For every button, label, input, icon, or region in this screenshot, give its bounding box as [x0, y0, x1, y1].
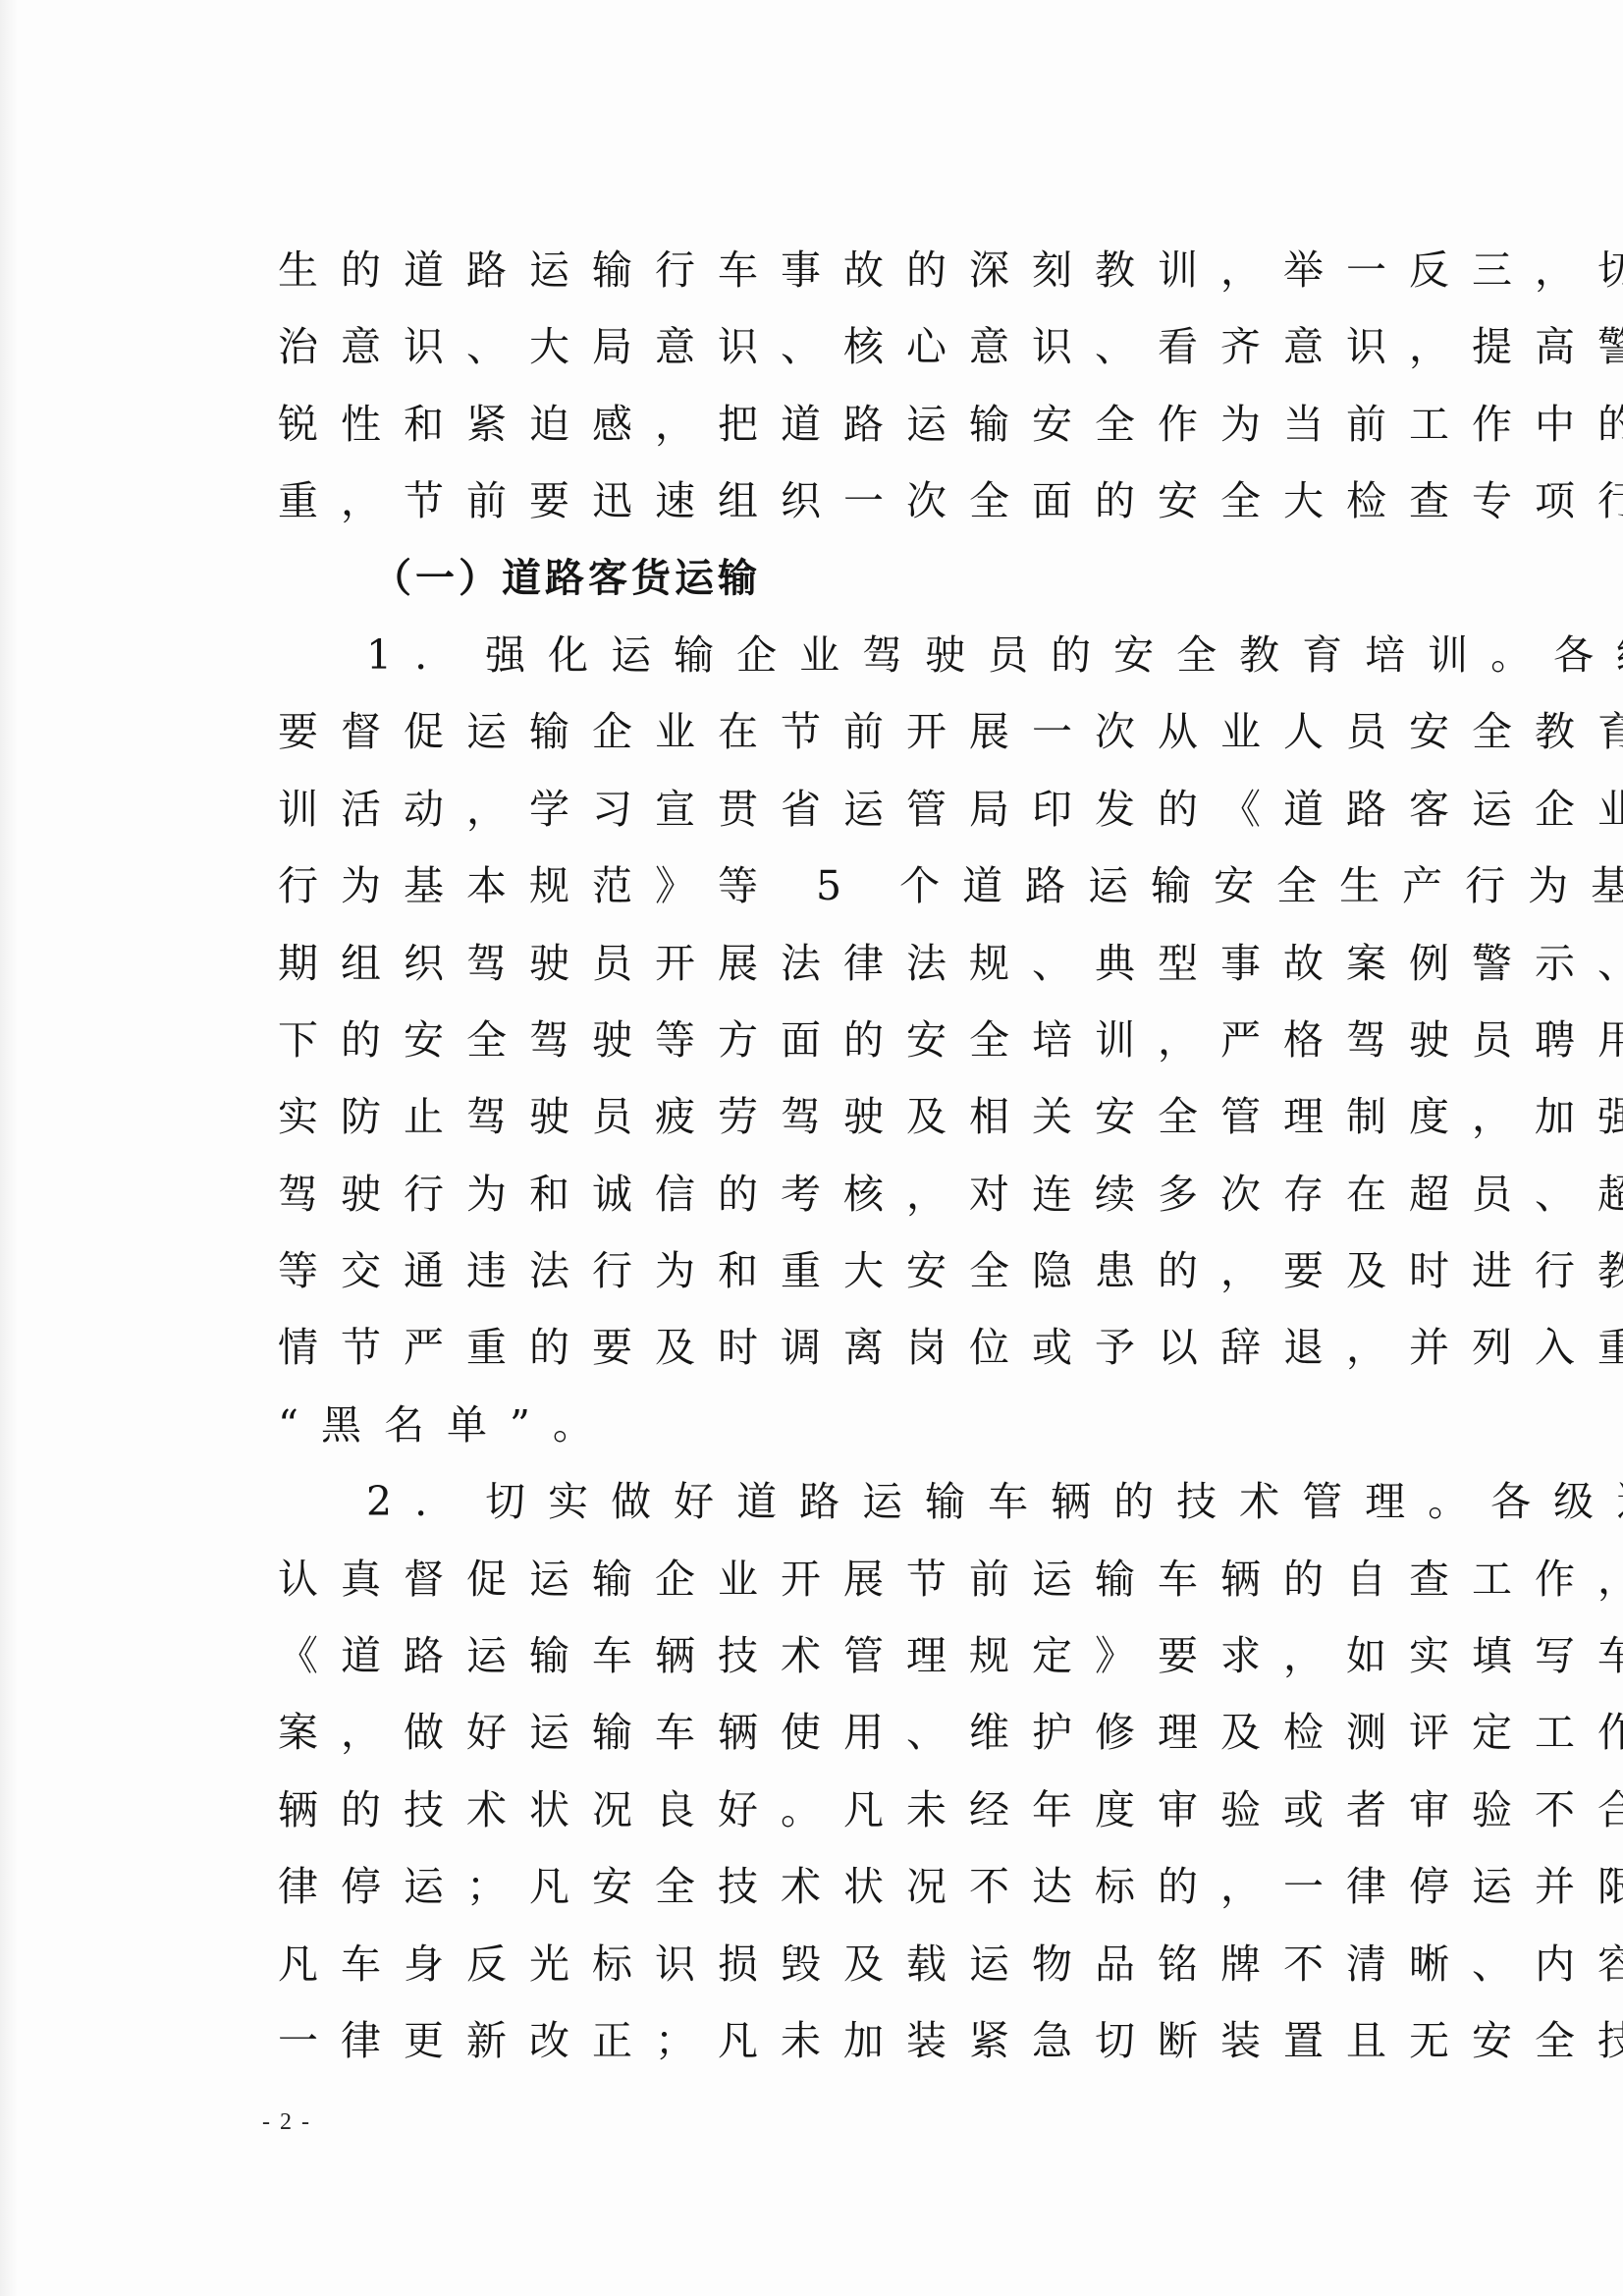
item1-line-11: “黑名单”。 — [278, 1387, 1412, 1463]
document-page: 生的道路运输行车事故的深刻教训，举一反三，切实增强政 治意识、大局意识、核心意识… — [0, 0, 1623, 2296]
item2-line-1: 2. 切实做好道路运输车辆的技术管理。各级运管部门要 — [278, 1463, 1412, 1540]
item2-line-3: 《道路运输车辆技术管理规定》要求，如实填写车辆技术档 — [278, 1617, 1412, 1694]
item1-line-7: 实防止驾驶员疲劳驾驶及相关安全管理制度，加强对驾驶员 — [278, 1078, 1412, 1155]
item1-line-5: 期组织驾驶员开展法律法规、典型事故案例警示、恶劣天气 — [278, 925, 1412, 1002]
intro-line-3: 锐性和紧迫感，把道路运输安全作为当前工作中的重中之 — [278, 386, 1412, 463]
item1-line-8: 驾驶行为和诚信的考核，对连续多次存在超员、超速、超载 — [278, 1156, 1412, 1232]
item1-line-9: 等交通违法行为和重大安全隐患的，要及时进行教育处理， — [278, 1232, 1412, 1309]
item2-line-4: 案，做好运输车辆使用、维护修理及检测评定工作，保障车 — [278, 1694, 1412, 1771]
item1-line-6: 下的安全驾驶等方面的安全培训，严格驾驶员聘用管理，落 — [278, 1002, 1412, 1078]
item1-line-1: 1. 强化运输企业驾驶员的安全教育培训。各级运管部门 — [278, 617, 1412, 693]
document-body: 生的道路运输行车事故的深刻教训，举一反三，切实增强政 治意识、大局意识、核心意识… — [278, 232, 1412, 2079]
item1-line-2: 要督促运输企业在节前开展一次从业人员安全教育学习培 — [278, 693, 1412, 770]
item2-line-8: 一律更新改正；凡未加装紧急切断装置且无安全技术检验合 — [278, 2002, 1412, 2079]
item2-line-7: 凡车身反光标识损毁及载运物品铭牌不清晰、内容不全的， — [278, 1926, 1412, 2002]
intro-line-1: 生的道路运输行车事故的深刻教训，举一反三，切实增强政 — [278, 232, 1412, 308]
item2-line-5: 辆的技术状况良好。凡未经年度审验或者审验不合格的，一 — [278, 1772, 1412, 1848]
page-number: - 2 - — [262, 2109, 311, 2136]
item1-line-10: 情节严重的要及时调离岗位或予以辞退，并列入重点监管 — [278, 1309, 1412, 1386]
item2-line-6: 律停运；凡安全技术状况不达标的，一律停运并限期修复； — [278, 1848, 1412, 1925]
item2-line-2: 认真督促运输企业开展节前运输车辆的自查工作，严格按照 — [278, 1541, 1412, 1617]
intro-line-2: 治意识、大局意识、核心意识、看齐意识，提高警惕性、敏 — [278, 308, 1412, 385]
intro-line-4: 重，节前要迅速组织一次全面的安全大检查专项行动。 — [278, 463, 1412, 539]
item1-line-4: 行为基本规范》等 5 个道路运输安全生产行为基本规范，定 — [278, 847, 1412, 924]
item1-line-3: 训活动，学习宣贯省运管局印发的《道路客运企业安全生产 — [278, 771, 1412, 847]
scan-edge-shadow — [0, 0, 18, 2296]
section-heading: （一）道路客货运输 — [278, 540, 1412, 617]
